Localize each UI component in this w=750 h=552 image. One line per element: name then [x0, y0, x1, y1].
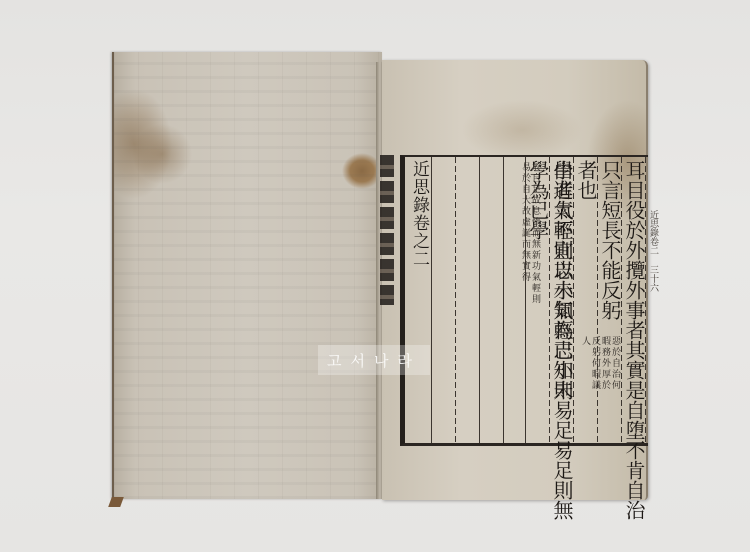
watermark: 고서나라 — [318, 345, 430, 375]
text-column-1: 耳目役於外攬外事者其實是自堕不肯自治 — [622, 160, 646, 520]
torn-corner — [108, 497, 124, 507]
text-column-2: 只言短長不能反躬者也 — [574, 160, 622, 335]
margin-label: 近思錄卷二 三十六 — [646, 210, 658, 292]
note-column-1: 惡於自治何暇務外厚於反躬何暇議人 — [598, 336, 620, 396]
show-through-text — [114, 52, 382, 499]
note-column-2: 於自足故息惰而無新功氣輕則易於自大故虛誕而無實得 — [516, 162, 540, 312]
ink-bleed-edge — [380, 155, 394, 305]
open-book: 近思錄卷之二 耳目役於外攬外事者其實是自堕不肯自治 只言短長不能反躬者也 惡於自… — [0, 0, 750, 552]
left-page-blank — [112, 52, 382, 499]
volume-title: 近思錄卷之二 — [408, 160, 430, 268]
